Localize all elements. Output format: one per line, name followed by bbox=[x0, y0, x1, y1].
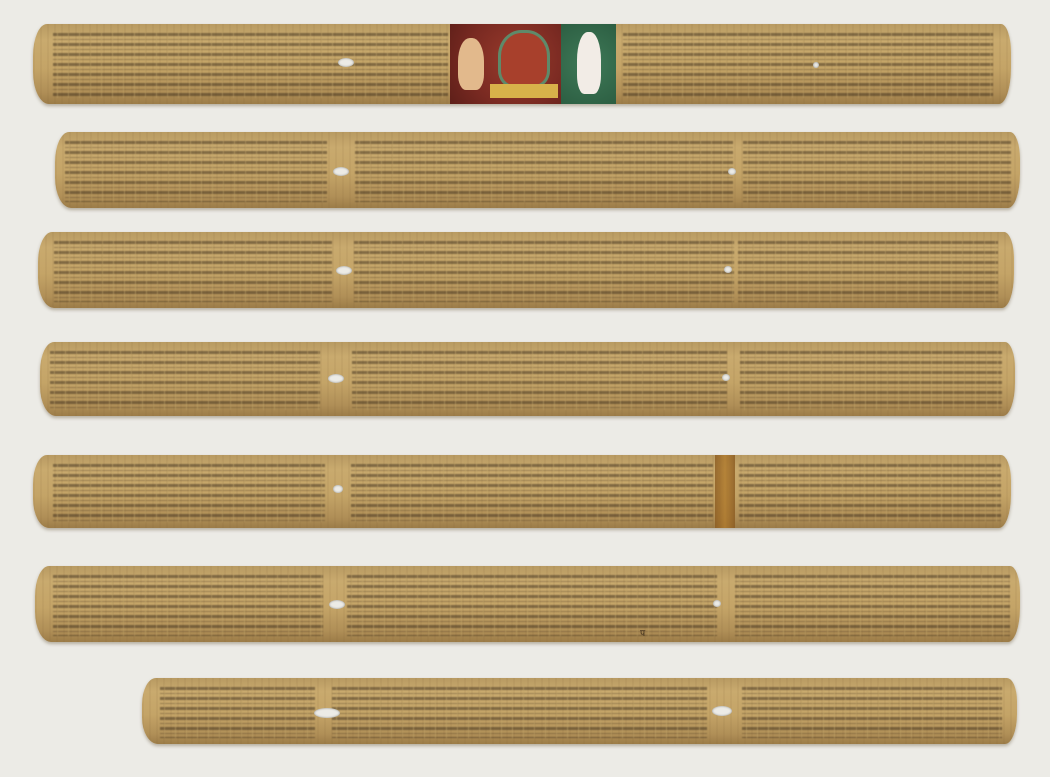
painting-red-panel bbox=[450, 24, 561, 104]
painted-illustration bbox=[450, 24, 616, 104]
binding-hole bbox=[713, 600, 721, 607]
script-lines bbox=[355, 138, 733, 202]
script-lines bbox=[332, 684, 707, 738]
folio-number: प bbox=[640, 626, 645, 639]
manuscript-leaf-1 bbox=[33, 24, 1011, 104]
manuscript-leaf-7 bbox=[142, 678, 1017, 744]
script-lines bbox=[354, 238, 734, 302]
script-lines bbox=[623, 30, 993, 98]
script-lines bbox=[738, 238, 998, 302]
script-lines bbox=[740, 348, 1002, 410]
script-lines bbox=[53, 461, 325, 522]
script-lines bbox=[742, 684, 1002, 738]
binding-hole bbox=[336, 266, 352, 275]
binding-hole bbox=[338, 58, 354, 67]
script-lines bbox=[50, 348, 320, 410]
enthroned-figure bbox=[498, 30, 550, 88]
script-lines bbox=[54, 238, 332, 302]
script-lines bbox=[53, 30, 448, 98]
repair-strip bbox=[715, 455, 735, 528]
script-lines bbox=[352, 348, 727, 410]
binding-hole bbox=[712, 706, 732, 716]
binding-hole bbox=[722, 374, 730, 381]
painting-green-panel bbox=[561, 24, 616, 104]
binding-hole bbox=[328, 374, 344, 383]
binding-hole bbox=[314, 708, 340, 718]
manuscript-leaf-6: प bbox=[35, 566, 1020, 642]
script-lines bbox=[347, 572, 717, 636]
script-lines bbox=[735, 572, 1010, 636]
script-lines bbox=[160, 684, 315, 738]
binding-hole bbox=[724, 266, 732, 273]
binding-hole bbox=[813, 62, 819, 68]
script-lines bbox=[65, 138, 327, 202]
script-lines bbox=[53, 572, 323, 636]
binding-hole bbox=[333, 167, 349, 176]
manuscript-leaf-2 bbox=[55, 132, 1020, 208]
golden-throne bbox=[490, 84, 558, 98]
script-lines bbox=[743, 138, 1011, 202]
script-lines bbox=[739, 461, 1001, 522]
binding-hole bbox=[728, 168, 736, 175]
binding-hole bbox=[333, 485, 343, 493]
multi-armed-deity bbox=[577, 32, 601, 94]
seated-crowned-figure bbox=[458, 38, 484, 90]
manuscript-leaf-4 bbox=[40, 342, 1015, 416]
manuscript-leaf-3 bbox=[38, 232, 1014, 308]
manuscript-leaf-5 bbox=[33, 455, 1011, 528]
script-lines bbox=[351, 461, 713, 522]
binding-hole bbox=[329, 600, 345, 609]
